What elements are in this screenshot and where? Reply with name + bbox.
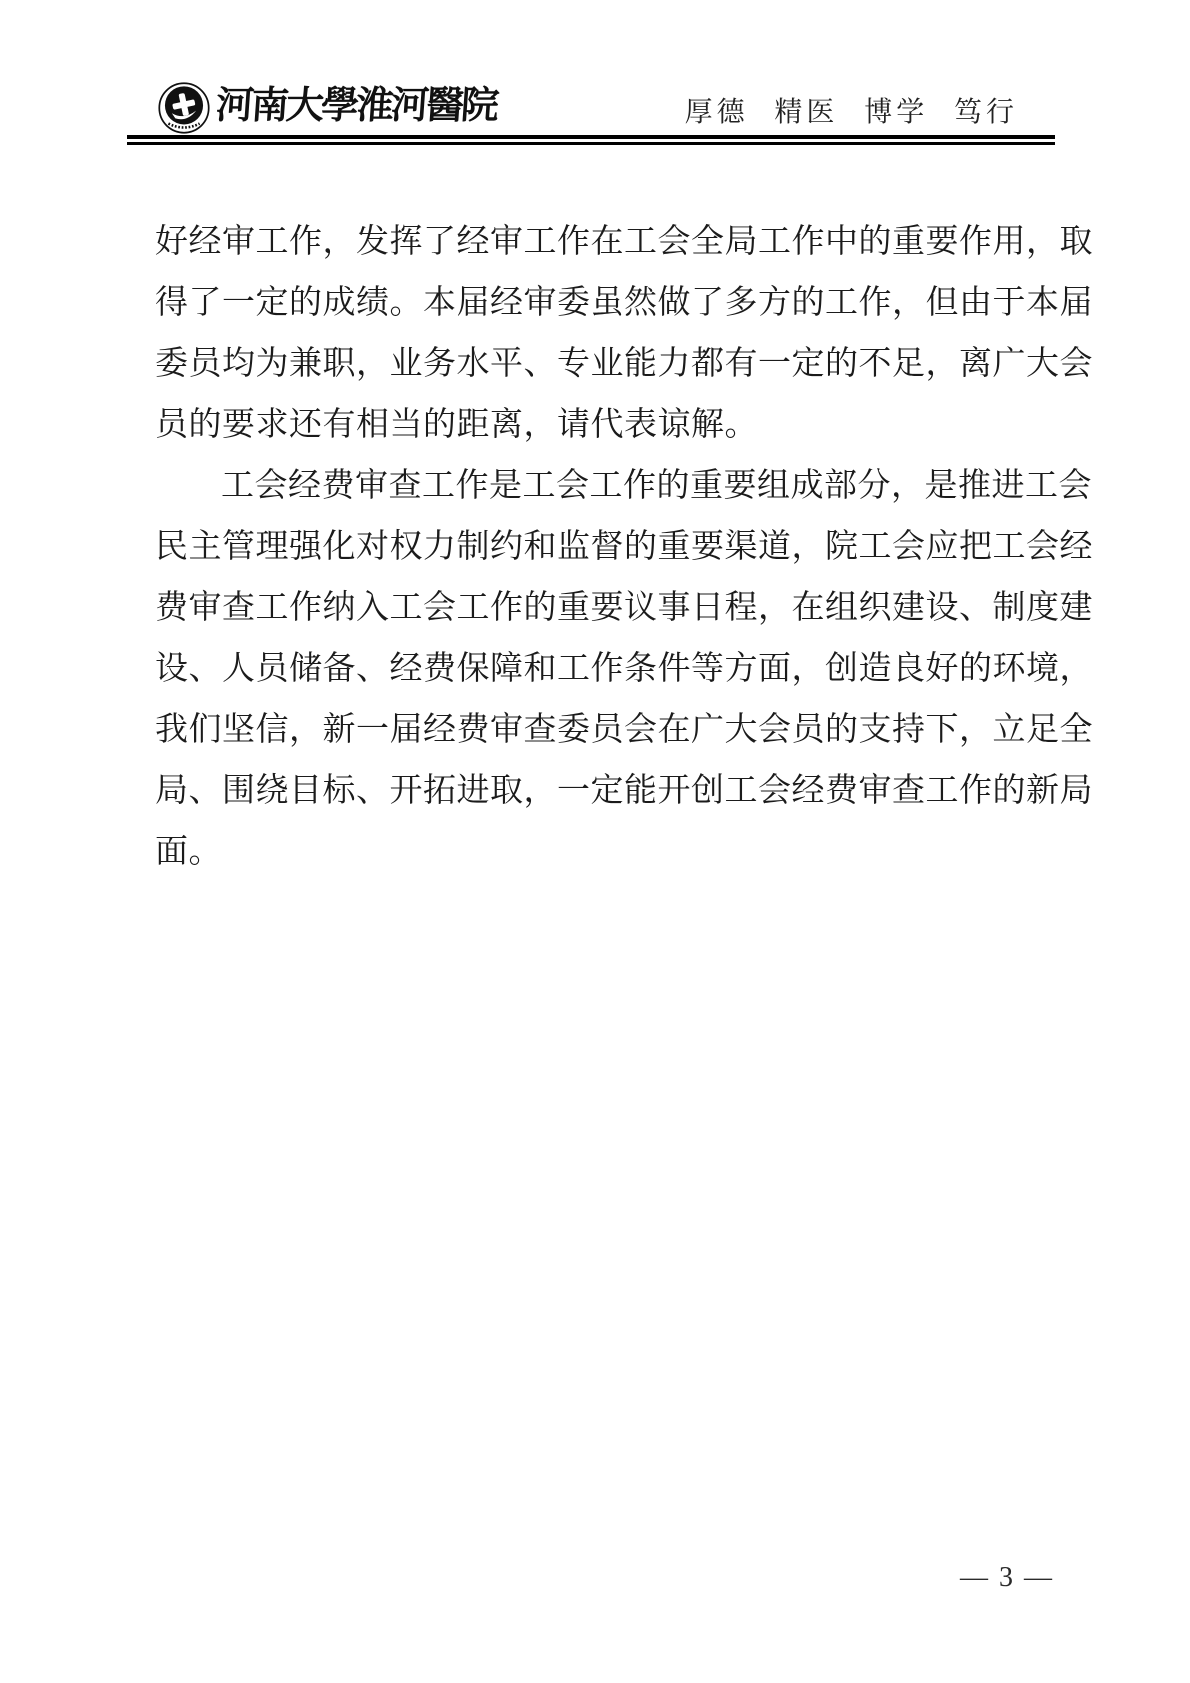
text-line: 局、围绕目标、开拓进取，一定能开创工会经费审查工作的新局 bbox=[155, 761, 1046, 822]
hospital-name: 河南大學淮河醫院 bbox=[214, 80, 738, 132]
document-page: 河南大學淮河醫院 厚德 精医 博学 笃行 好经审工作，发挥了经审工作在工会全局工… bbox=[0, 0, 1190, 1683]
text-line: 得了一定的成绩。本届经审委虽然做了多方的工作，但由于本届 bbox=[155, 273, 1046, 334]
text-line: 员的要求还有相当的距离，请代表谅解。 bbox=[155, 395, 1046, 456]
header-divider bbox=[127, 135, 1055, 145]
text-line: 我们坚信，新一届经费审查委员会在广大会员的支持下，立足全 bbox=[155, 700, 1046, 761]
text-line: 面。 bbox=[155, 822, 1046, 883]
document-body: 好经审工作，发挥了经审工作在工会全局工作中的重要作用，取 得了一定的成绩。本届经… bbox=[155, 212, 1046, 883]
text-line: 工会经费审查工作是工会工作的重要组成部分，是推进工会 bbox=[155, 456, 1046, 517]
text-line: 设、人员储备、经费保障和工作条件等方面，创造良好的环境， bbox=[155, 639, 1046, 700]
page-header: 河南大學淮河醫院 厚德 精医 博学 笃行 bbox=[0, 0, 1190, 150]
header-motto: 厚德 精医 博学 笃行 bbox=[685, 96, 1018, 128]
text-line: 民主管理强化对权力制约和监督的重要渠道，院工会应把工会经 bbox=[155, 517, 1046, 578]
page-number: — 3 — bbox=[0, 1560, 1054, 1596]
text-line: 费审查工作纳入工会工作的重要议事日程，在组织建设、制度建 bbox=[155, 578, 1046, 639]
text-line: 委员均为兼职，业务水平、专业能力都有一定的不足，离广大会 bbox=[155, 334, 1046, 395]
hospital-emblem-icon bbox=[158, 82, 210, 134]
text-line: 好经审工作，发挥了经审工作在工会全局工作中的重要作用，取 bbox=[155, 212, 1046, 273]
